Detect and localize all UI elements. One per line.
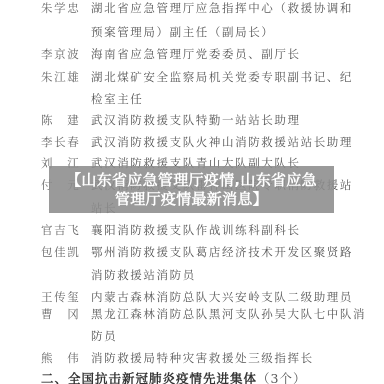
person-title: 鄂州消防救援支队葛店经济技术开发区聚贤路 (91, 245, 353, 259)
person-name: 王传玺 (41, 290, 80, 304)
section-heading-count: （3个） (257, 371, 306, 384)
person-title: 防员 (91, 329, 117, 343)
person-title: 消防救援局特种灾害救援处三级指挥长 (91, 351, 314, 365)
person-title: 消防救援站消防员 (91, 268, 196, 282)
person-title: 黑龙江森林消防总队黑河支队孙吴大队七中队消 (91, 307, 366, 321)
person-name: 朱江雄 (41, 70, 80, 84)
person-title: 内蒙古森林消防总队大兴安岭支队二级助理员 (91, 290, 353, 304)
section-heading: 二、全国抗击新冠肺炎疫情先进集体（3个） (41, 372, 306, 384)
person-title: 武汉消防救援支队火神山消防救援站站长助理 (91, 135, 353, 149)
overlay-title-line-2: 管理厅疫情最新消息】 (115, 190, 268, 209)
overlay-title-line-1: 【山东省应急管理厅疫情,山东省应急 (66, 171, 317, 190)
section-heading-text: 二、全国抗击新冠肺炎疫情先进集体 (41, 371, 257, 384)
person-title: 武汉消防救援支队特勤一站站长助理 (91, 113, 301, 127)
person-name: 陈 建 (41, 113, 80, 127)
person-name: 熊 伟 (41, 351, 80, 365)
person-title: 襄阳消防救援支队作战训练科副科长 (91, 223, 301, 237)
person-title: 预案管理局）副主任（副局长） (91, 25, 274, 39)
person-title: 海南省应急管理厅党委委员、副厅长 (91, 47, 301, 61)
person-name: 官吉飞 (41, 223, 80, 237)
person-name: 曹 冈 (41, 307, 80, 321)
person-name: 朱学忠 (41, 1, 80, 15)
person-title: 湖北煤矿安全监察局机关党委专职副书记、纪 (91, 70, 353, 84)
person-name: 包佳凯 (41, 245, 80, 259)
person-title: 湖北省应急管理厅应急指挥中心（救援协调和 (91, 1, 353, 15)
person-name: 李京波 (41, 47, 80, 61)
person-title: 检室主任 (91, 92, 143, 106)
article-title-overlay[interactable]: 【山东省应急管理厅疫情,山东省应急 管理厅疫情最新消息】 (49, 166, 334, 213)
person-name: 李长春 (41, 135, 80, 149)
